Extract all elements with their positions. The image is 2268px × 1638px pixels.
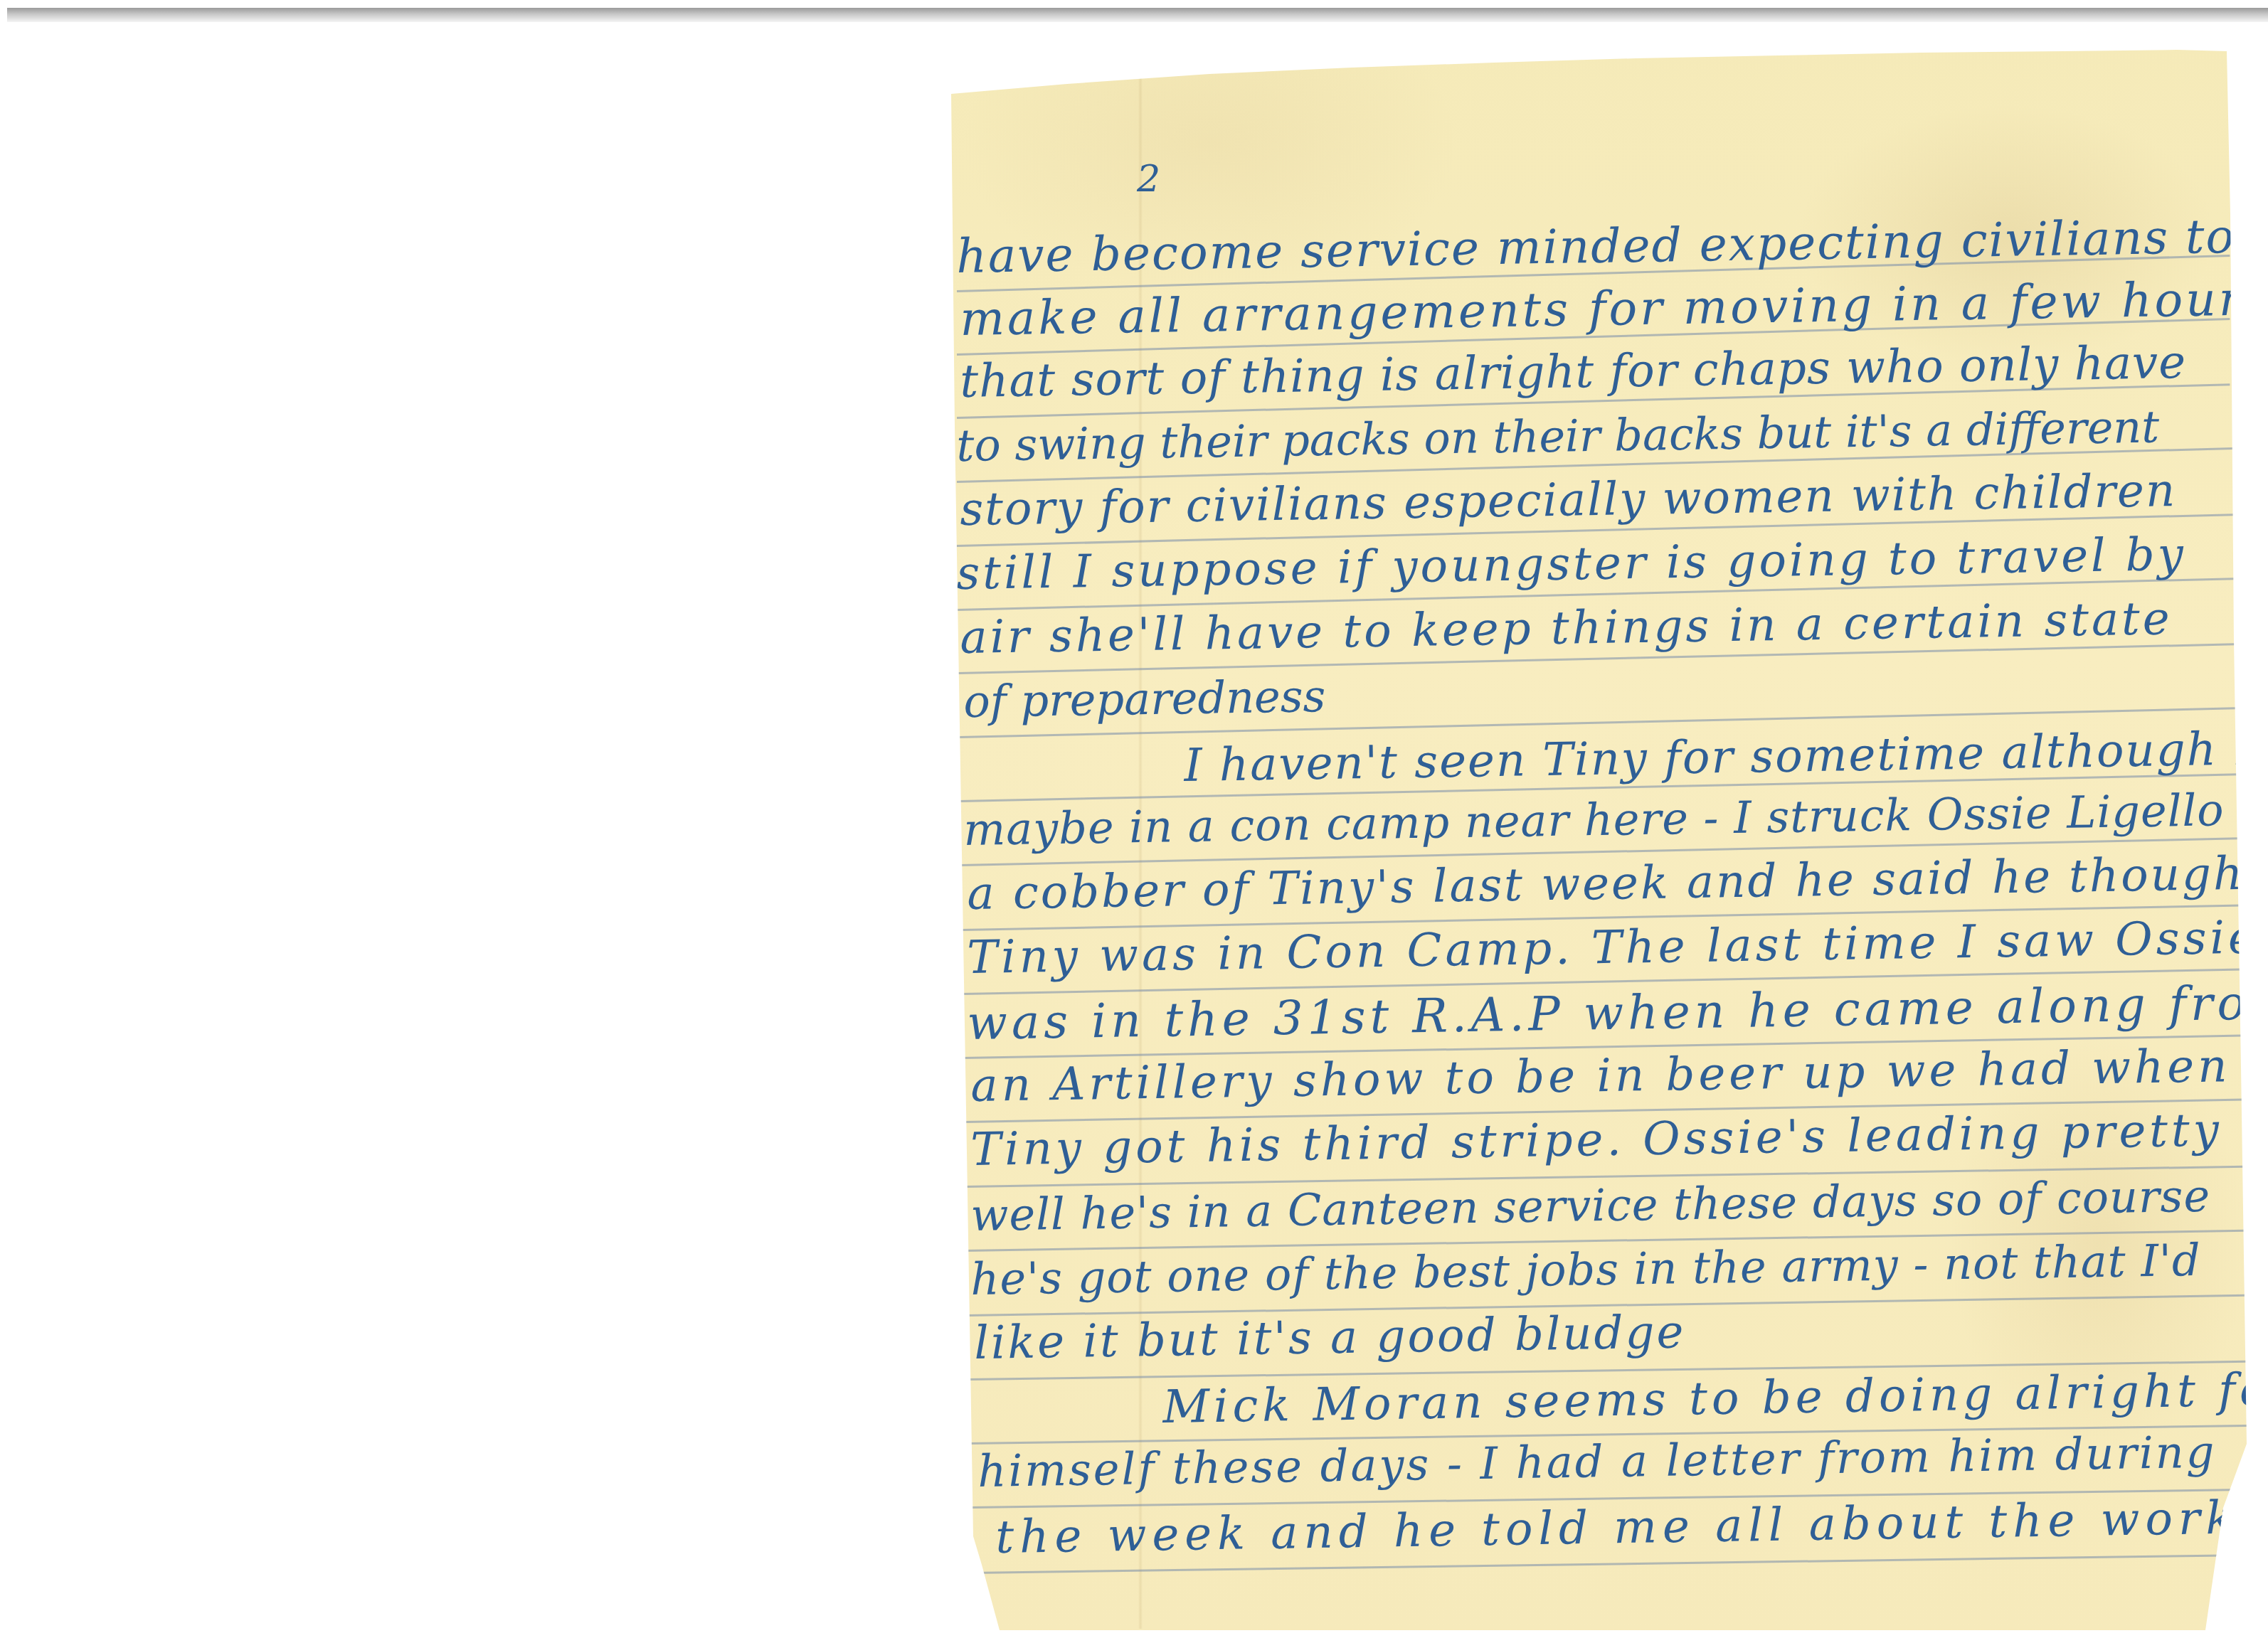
- handwritten-line: I haven't seen Tiny for sometime althoug…: [1184, 723, 2268, 792]
- handwritten-line: like it but it's a good bludge: [974, 1306, 1686, 1370]
- handwritten-line: himself these days - I had a letter from…: [977, 1426, 2217, 1497]
- handwritten-line: of preparedness: [963, 670, 1326, 728]
- scanner-edge-shadow: [7, 8, 2268, 22]
- handwritten-line: well he's in a Canteen service these day…: [970, 1170, 2211, 1241]
- handwritten-line: have become service minded expecting civ…: [956, 209, 2236, 284]
- handwritten-line: maybe in a con camp near here - I struck…: [963, 784, 2225, 856]
- handwritten-line: Tiny got his third stripe. Ossie's leadi…: [970, 1104, 2223, 1176]
- handwritten-line: the week and he told me all about the wo…: [995, 1492, 2240, 1564]
- handwritten-line: he's got one of the best jobs in the arm…: [970, 1234, 2201, 1305]
- page-number: 2: [1137, 158, 1160, 201]
- handwritten-line: that sort of thing is alright for chaps …: [960, 336, 2187, 408]
- letter-page: 2 have become service minded expecting c…: [0, 0, 2268, 1638]
- handwritten-line: make all arrangements for moving in a fe…: [960, 271, 2268, 346]
